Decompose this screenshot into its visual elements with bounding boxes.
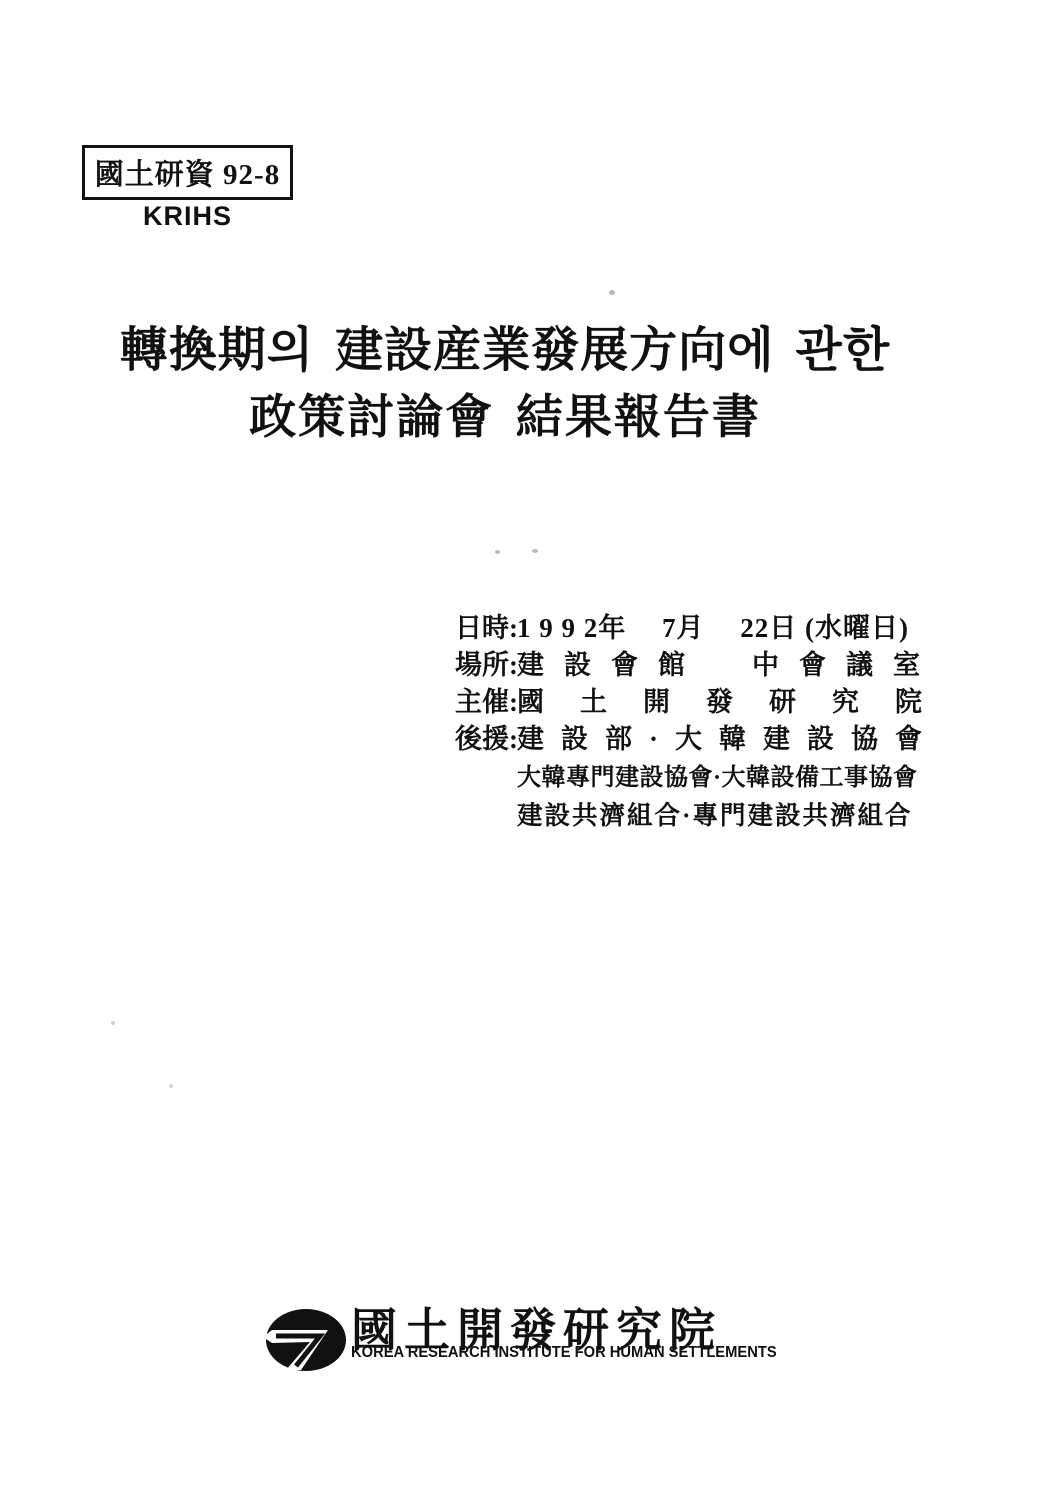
host-value: 國土開發研究院 <box>517 684 958 721</box>
date-label: 日時: <box>455 610 517 647</box>
detail-row-sponsor: 後援:建設部·大韓建設協會 <box>455 721 935 758</box>
institute-acronym: KRIHS <box>82 201 293 232</box>
venue-value: 建設會館 中會議室 <box>517 647 940 684</box>
detail-row-host: 主催:國土開發研究院 <box>455 684 935 721</box>
scan-speck <box>532 549 538 553</box>
report-cover-page: 國土研資 92-8 KRIHS 轉換期의 建設産業發展方向에 관한 政策討論會 … <box>0 0 1060 1500</box>
event-details: 日時:1 9 9 2年 7月 22日 (水曜日) 場所:建設會館 中會議室 主催… <box>455 610 935 834</box>
krihs-double-seven-logo-icon <box>262 1307 346 1373</box>
scan-speck <box>169 1084 173 1088</box>
detail-row-sponsor-cont2: 建設共濟組合·專門建設共濟組合 <box>517 797 935 834</box>
venue-label: 場所: <box>455 647 517 684</box>
scan-speck <box>495 550 500 554</box>
report-number: 國土研資 92-8 <box>95 152 280 193</box>
detail-row-venue: 場所:建設會館 中會議室 <box>455 647 935 684</box>
report-title: 轉換期의 建設産業發展方向에 관한 政策討論會 結果報告書 <box>0 326 1010 444</box>
report-title-line1: 轉換期의 建設産業發展方向에 관한 <box>0 326 1010 377</box>
sponsor-value-line1: 建設部·大韓建設協會 <box>517 721 939 758</box>
report-number-box: 國土研資 92-8 <box>82 145 293 200</box>
publisher-name-english: KOREA RESEARCH INSTITUTE FOR HUMAN SETTL… <box>351 1344 777 1362</box>
sponsor-value-line2: 大韓專門建設協會·大韓設備工事協會 <box>517 760 918 797</box>
sponsor-value-line3: 建設共濟組合·專門建設共濟組合 <box>517 797 913 834</box>
scan-speck <box>111 1021 115 1025</box>
sponsor-label: 後援: <box>455 721 517 758</box>
report-title-line2: 政策討論會 結果報告書 <box>0 394 1010 444</box>
host-label: 主催: <box>455 684 517 721</box>
scan-speck <box>609 290 615 295</box>
date-value: 1 9 9 2年 7月 22日 (水曜日) <box>517 610 909 647</box>
detail-row-sponsor-cont1: 大韓專門建設協會·大韓設備工事協會 <box>517 758 935 797</box>
detail-row-date: 日時:1 9 9 2年 7月 22日 (水曜日) <box>455 610 935 647</box>
